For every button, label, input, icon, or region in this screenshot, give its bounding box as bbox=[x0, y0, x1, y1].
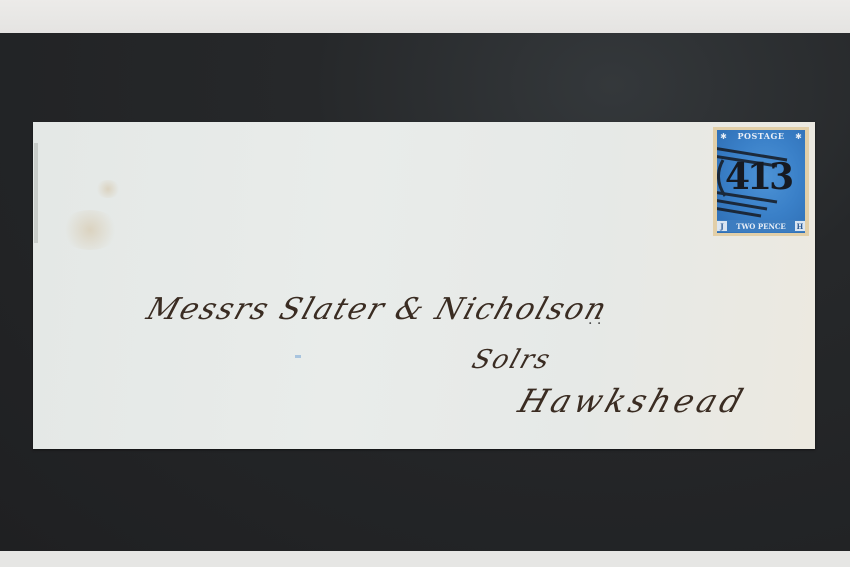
background-bottom-strip bbox=[0, 551, 850, 567]
ink-dots: . . bbox=[588, 312, 601, 328]
two-pence-blue-stamp: ✱ ✱ POSTAGE 413 J TWO PENCE H bbox=[713, 127, 809, 236]
stamp-corner-letter-left: J bbox=[717, 221, 727, 231]
stamp-value-label: TWO PENCE bbox=[736, 222, 786, 231]
paper-stain bbox=[60, 210, 120, 250]
paper-stain bbox=[95, 180, 121, 198]
stamp-value-bar: J TWO PENCE H bbox=[717, 220, 805, 232]
stamp-corner-letter-right: H bbox=[795, 221, 805, 231]
background-top-strip bbox=[0, 0, 850, 36]
stamp-design: ✱ ✱ POSTAGE 413 J TWO PENCE H bbox=[717, 130, 805, 233]
address-line-title: Solrs bbox=[468, 345, 555, 375]
address-line-town: Hawkshead bbox=[514, 382, 752, 420]
blue-ink-mark bbox=[295, 355, 301, 358]
cancel-number: 413 bbox=[725, 156, 791, 198]
cover-fold-edge bbox=[34, 143, 38, 243]
address-line-addressee: Messrs Slater & Nicholson bbox=[142, 292, 612, 327]
